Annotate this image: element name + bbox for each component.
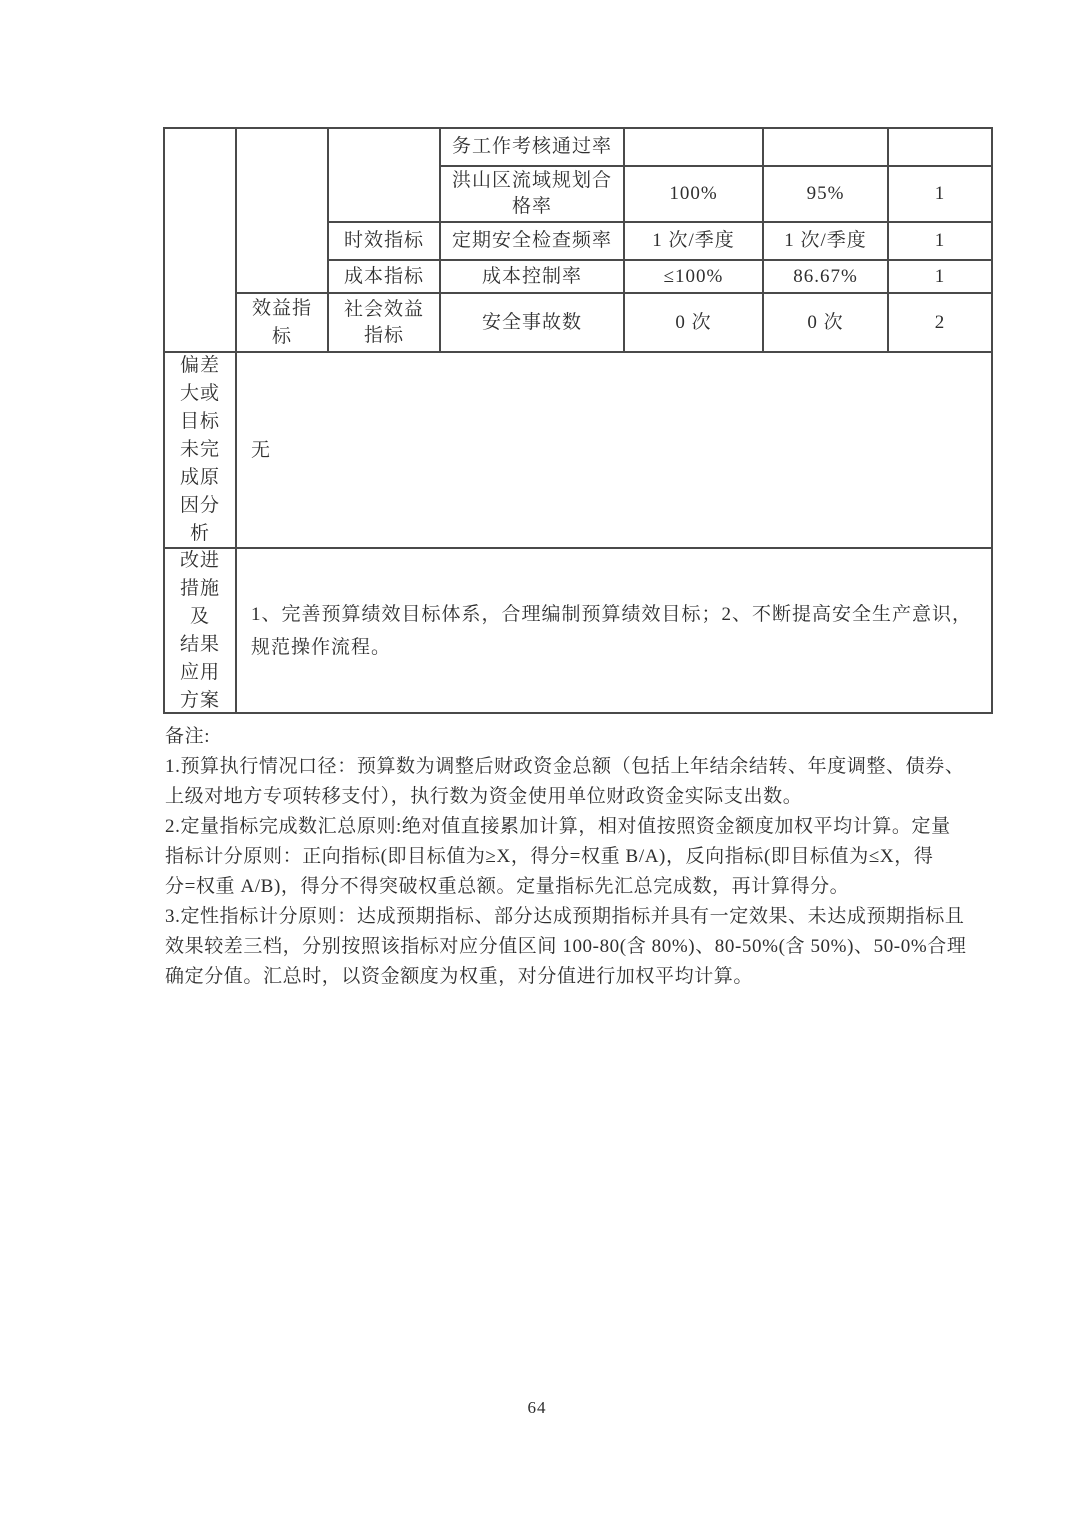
note-line: 1.预算执行情况口径：预算数为调整后财政资金总额（包括上年结余结转、年度调整、债…	[165, 752, 995, 782]
indicator-type3-cell: 社会效益 指标	[329, 294, 441, 353]
note-line: 指标计分原则：正向指标(即目标值为≥X，得分=权重 B/A)，反向指标(即目标值…	[165, 842, 995, 872]
actual-value-cell: 1 次/季度	[764, 223, 889, 261]
score-cell: 2	[889, 294, 993, 353]
note-line: 2.定量指标完成数汇总原则:绝对值直接累加计算，相对值按照资金额度加权平均计算。…	[165, 812, 995, 842]
indicator-name-cell: 定期安全检查频率	[441, 223, 625, 261]
target-value-cell: ≤100%	[625, 261, 764, 294]
score-cell	[889, 129, 993, 167]
indicator-type2-cell: 效益指 标	[237, 294, 329, 353]
actual-value-cell	[764, 129, 889, 167]
empty-cell	[329, 129, 441, 223]
empty-cell	[165, 129, 237, 353]
actual-value-cell: 95%	[764, 167, 889, 223]
actual-value-cell: 0 次	[764, 294, 889, 353]
indicator-type3-cell: 时效指标	[329, 223, 441, 261]
target-value-cell: 0 次	[625, 294, 764, 353]
note-line: 效果较差三档，分别按照该指标对应分值区间 100-80(含 80%)、80-50…	[165, 932, 995, 962]
improvement-measures-label: 改进 措施 及 结果 应用 方案	[165, 549, 237, 714]
empty-cell	[237, 129, 329, 294]
note-line: 上级对地方专项转移支付），执行数为资金使用单位财政资金实际支出数。	[165, 782, 995, 812]
deviation-analysis-content: 无	[237, 353, 993, 549]
note-line: 3.定性指标计分原则：达成预期指标、部分达成预期指标并具有一定效果、未达成预期指…	[165, 902, 995, 932]
deviation-analysis-label: 偏差 大或 目标 未完 成原 因分 析	[165, 353, 237, 549]
indicator-name-cell: 务工作考核通过率	[441, 129, 625, 167]
notes-section: 备注: 1.预算执行情况口径：预算数为调整后财政资金总额（包括上年结余结转、年度…	[165, 722, 995, 992]
score-cell: 1	[889, 223, 993, 261]
improvement-measures-content: 1、完善预算绩效目标体系，合理编制预算绩效目标；2、不断提高安全生产意识，规范操…	[237, 549, 993, 714]
note-line: 分=权重 A/B)，得分不得突破权重总额。定量指标先汇总完成数，再计算得分。	[165, 872, 995, 902]
document-page: 效益指 标 时效指标 成本指标 社会效益 指标 务工作考核通过率 洪山区流域规划…	[0, 0, 1074, 1520]
score-cell: 1	[889, 167, 993, 223]
note-line: 确定分值。汇总时，以资金额度为权重，对分值进行加权平均计算。	[165, 962, 995, 992]
indicator-name-cell: 洪山区流域规划合 格率	[441, 167, 625, 223]
indicator-name-cell: 成本控制率	[441, 261, 625, 294]
target-value-cell: 1 次/季度	[625, 223, 764, 261]
score-cell: 1	[889, 261, 993, 294]
page-number: 64	[0, 1398, 1074, 1418]
target-value-cell	[625, 129, 764, 167]
target-value-cell: 100%	[625, 167, 764, 223]
performance-indicator-table: 效益指 标 时效指标 成本指标 社会效益 指标 务工作考核通过率 洪山区流域规划…	[163, 127, 993, 714]
indicator-type3-cell: 成本指标	[329, 261, 441, 294]
actual-value-cell: 86.67%	[764, 261, 889, 294]
indicator-name-cell: 安全事故数	[441, 294, 625, 353]
notes-title: 备注:	[165, 722, 995, 752]
